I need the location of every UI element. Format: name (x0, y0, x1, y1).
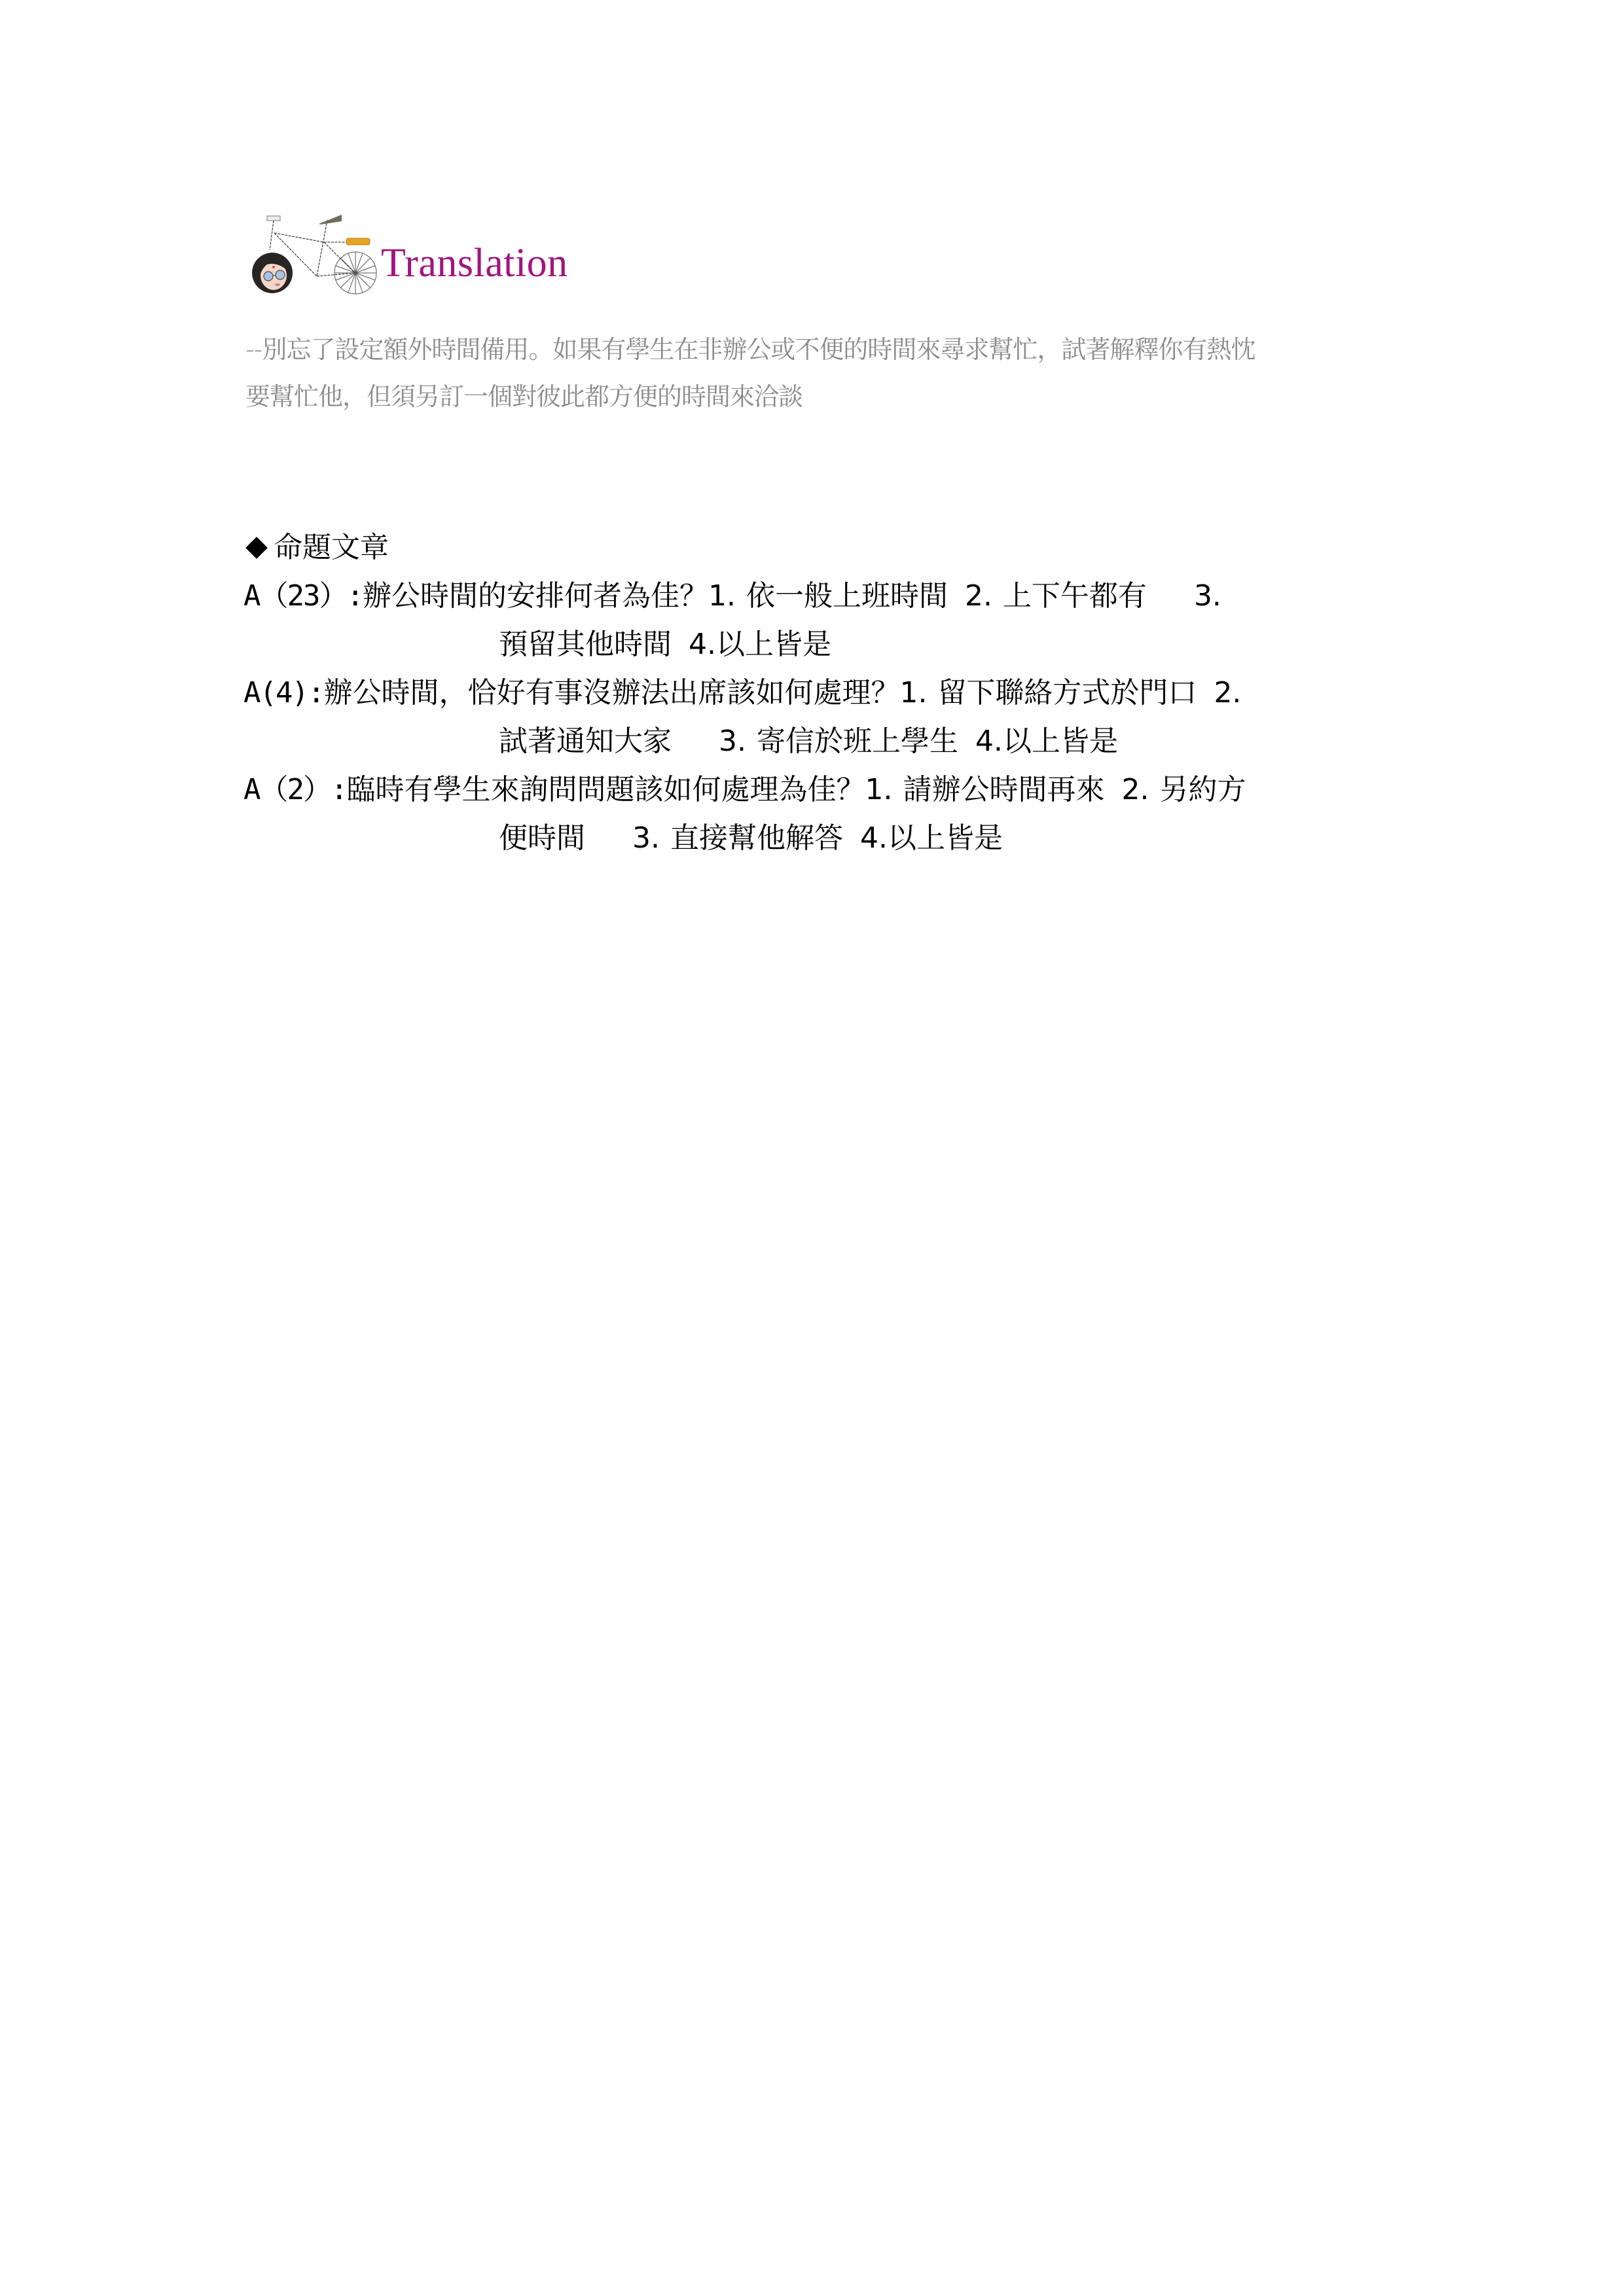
bicycle-illustration-icon (244, 196, 384, 295)
option-number: 2. (1121, 773, 1149, 806)
answer-prefix: A（2）: (244, 773, 346, 806)
logo-title: Translation (381, 237, 568, 289)
question-stem: 辦公時間，恰好有事沒辦法出席該如何處理？ (323, 676, 899, 709)
option-text: 另約方 (1159, 773, 1246, 806)
question-1-line-2: 預留其他時間4.以上皆是 (244, 620, 1409, 669)
option-number: 2. (1214, 676, 1241, 709)
question-1: A（23）:辦公時間的安排何者為佳？1.依一般上班時間2.上下午都有3. 預留其… (244, 572, 1409, 669)
question-1-line-1: A（23）:辦公時間的安排何者為佳？1.依一般上班時間2.上下午都有3. (244, 572, 1409, 620)
answer-prefix: A（23）: (244, 579, 363, 613)
option-text: 以上皆是 (1003, 725, 1118, 758)
document-page: Translation --別忘了設定額外時間備用。如果有學生在非辦公或不便的時… (0, 0, 1624, 2296)
section-heading-text: 命題文章 (274, 524, 389, 572)
section-heading: 命題文章 (244, 524, 1409, 572)
diamond-bullet-icon (245, 537, 268, 559)
question-3-line-1: A（2）:臨時有學生來詢問問題該如何處理為佳？1.請辦公時間再來2.另約方 (244, 766, 1409, 814)
question-2-line-1: A(4):辦公時間，恰好有事沒辦法出席該如何處理？1.留下聯絡方式於門口2. (244, 669, 1409, 717)
translation-logo-banner: Translation (244, 196, 584, 295)
question-2-line-2: 試著通知大家3.寄信於班上學生4.以上皆是 (244, 717, 1409, 766)
translation-note-line-2: 要幫忙他，但須另訂一個對彼此都方便的時間來洽談 (245, 373, 1398, 420)
option-text: 直接幫他解答 (670, 821, 843, 855)
translation-note-line-1: --別忘了設定額外時間備用。如果有學生在非辦公或不便的時間來尋求幫忙，試著解釋你… (245, 326, 1398, 373)
option-number: 4. (860, 821, 888, 855)
question-stem: 臨時有學生來詢問問題該如何處理為佳？ (346, 773, 865, 806)
translation-note: --別忘了設定額外時間備用。如果有學生在非辦公或不便的時間來尋求幫忙，試著解釋你… (245, 326, 1398, 420)
question-3: A（2）:臨時有學生來詢問問題該如何處理為佳？1.請辦公時間再來2.另約方 便時… (244, 766, 1409, 863)
option-number: 3. (1194, 579, 1221, 613)
option-text: 以上皆是 (888, 821, 1003, 855)
option-number: 1. (865, 773, 892, 806)
option-number: 1. (899, 676, 927, 709)
option-text: 試著通知大家 (499, 725, 672, 758)
option-text: 以上皆是 (716, 628, 831, 661)
quiz-section: 命題文章 A（23）:辦公時間的安排何者為佳？1.依一般上班時間2.上下午都有3… (244, 524, 1409, 863)
option-text: 請辦公時間再來 (903, 773, 1104, 806)
option-number: 1. (708, 579, 736, 613)
answer-prefix: A(4): (244, 676, 323, 709)
option-number: 3. (632, 821, 660, 855)
option-number: 3. (719, 725, 746, 758)
option-number: 2. (965, 579, 992, 613)
question-2: A(4):辦公時間，恰好有事沒辦法出席該如何處理？1.留下聯絡方式於門口2. 試… (244, 669, 1409, 766)
option-text-continued: 便時間 (499, 821, 585, 855)
question-3-line-2: 便時間3.直接幫他解答4.以上皆是 (244, 814, 1409, 863)
option-text: 留下聯絡方式於門口 (937, 676, 1197, 709)
option-text: 依一般上班時間 (746, 579, 948, 613)
option-text: 寄信於班上學生 (757, 725, 958, 758)
option-number: 4. (975, 725, 1003, 758)
option-text: 預留其他時間 (499, 628, 672, 661)
option-text: 上下午都有 (1003, 579, 1147, 613)
question-stem: 辦公時間的安排何者為佳？ (363, 579, 708, 613)
option-number: 4. (689, 628, 716, 661)
